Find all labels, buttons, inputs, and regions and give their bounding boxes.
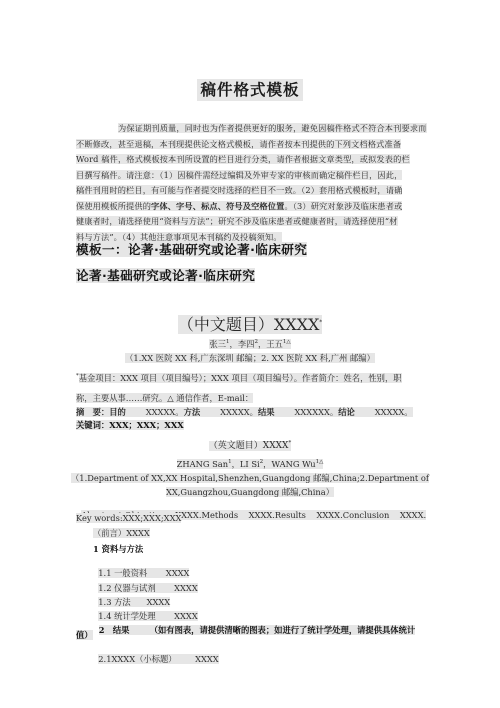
- affiliation-cn: （1.XX 医院 XX 科,广东深圳 邮编；2. XX 医院 XX 科,广州 邮…: [0, 352, 500, 364]
- fund-line-1: *基金项目：XXX 项目（项目编号）；XXX 项目（项目编号）。作者简介：姓名，…: [76, 372, 402, 384]
- intro-line-5: 稿件刊用时的栏目，有可能与作者提交时选择的栏目不一致。（2）套用格式模板时，请确: [76, 183, 402, 199]
- intro-line-4: 目撰写稿件。请注意：（1）因稿件需经过编辑及外审专家的审核而确定稿件栏目，因此，: [76, 168, 402, 184]
- section-2-1: 2.1XXXX（小标题） XXXX: [93, 643, 219, 665]
- keywords-cn: 关键词：XXX；XXX；XXX: [76, 419, 184, 431]
- keywords-en: Key words:XXX;XXX;XXX: [76, 513, 181, 523]
- abstract-cn: 摘 要：目的 XXXXX。方法 XXXXX。结果 XXXXXX。结论 XXXXX…: [76, 406, 413, 418]
- section-1-heading: 1 资料与方法: [93, 543, 143, 555]
- english-title: （英文题目）XXXX*: [0, 438, 500, 451]
- intro-line-2: 不断修改，甚至退稿，本刊现提供论文格式模板，请作者按本刊提供的下列文档格式准备: [76, 137, 401, 153]
- intro-line-7: 健康者时，请选择使用“资料与方法”；研究不涉及临床患者或健康者时，请选择使用“材: [76, 214, 398, 230]
- section-2-note-cont: 值）: [76, 629, 93, 641]
- fund-line-2: 称，主要从事……研究。△ 通信作者，E-mail：: [76, 392, 253, 404]
- section-heading: 论著·基础研究或论著·临床研究: [76, 265, 255, 284]
- template-heading: 模板一：论著·基础研究或论著·临床研究: [76, 239, 307, 258]
- preface: （前言）XXXX: [93, 527, 150, 539]
- intro-line-3: Word 稿件，格式模板按本刊所设置的栏目进行分类，请作者根据文章类型，或拟发表…: [76, 152, 410, 168]
- document-title: 稿件格式模板: [0, 78, 500, 100]
- chinese-title: （中文题目）XXXX*: [0, 312, 500, 335]
- authors-en: ZHANG San1，LI Si2，WANG Wu1△: [0, 458, 500, 470]
- authors-cn: 张三1，李四2，王五1△: [0, 338, 500, 350]
- affiliation-en-line-2: XX,Guangzhou,Guangdong 邮编,China）: [0, 486, 500, 498]
- intro-line-6: 保使用模板所提供的字体、字号、标点、符号及空格位置。（3）研究对象涉及临床患者或: [76, 199, 402, 215]
- section-2-heading: 2 结果 （如有图表，请提供清晰的图表；如进行了统计学处理，请提供具体统计: [93, 614, 415, 636]
- affiliation-en-line-1: （1.Department of XX,XX Hospital,Shenzhen…: [0, 472, 500, 484]
- intro-line-1: 为保证期刊质量，同时也为作者提供更好的服务，避免因稿件格式不符合本刊要求而: [118, 121, 427, 137]
